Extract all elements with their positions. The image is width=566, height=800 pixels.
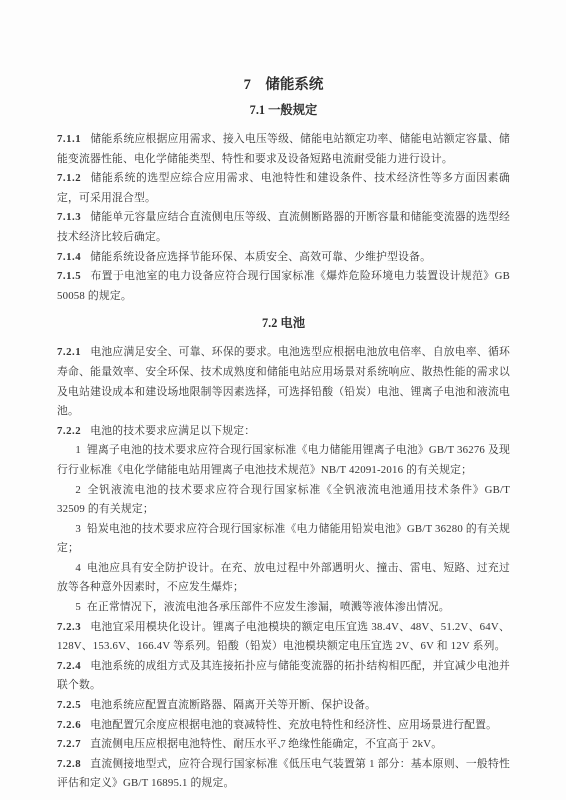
clause-text: 电池系统的成组方式及其连接拓扑应与储能变流器的拓扑结构相匹配，并宜减少电池并联个… [57,660,510,692]
clause-text: 电池系统应配置直流断路器、隔离开关等开断、保护设备。 [90,699,376,711]
clause-text: 直流侧接地型式，应符合现行国家标准《低压电气装置第 1 部分：基本原则、一般特性… [57,758,510,790]
subitem-number: 3 [75,523,81,535]
clause-text: 电池的技术要求应满足以下规定： [90,425,255,437]
page-number: 7 [0,738,566,750]
subitem-text: 全钒液流电池的技术要求应符合现行国家标准《全钒液流电池通用技术条件》GB/T 3… [57,484,510,516]
clause-number: 7.2.3 [57,621,81,633]
clause-7.2.1: 7.2.1电池应满足安全、可靠、环保的要求。电池选型应根据电池放电倍率、自放电率… [57,343,510,421]
clause-text: 电池配置冗余度应根据电池的衰减特性、充放电特性和经济性、应用场景进行配置。 [90,719,497,731]
section-7.2: 7.2 电池7.2.1电池应满足安全、可靠、环保的要求。电池选型应根据电池放电倍… [57,316,510,794]
clause-7.2.2-item-4: 4电池应具有安全防护设计。在充、放电过程中外部遇明火、撞击、雷电、短路、过充过放… [57,559,510,598]
clause-text: 电池宜采用模块化设计。锂离子电池模块的额定电压宜选 38.4V、48V、51.2… [57,621,510,653]
clause-number: 7.1.2 [57,172,81,184]
section-7.1: 7.1 一般规定7.1.1储能系统应根据应用需求、接入电压等级、储能电站额定功率… [57,103,510,306]
clause-number: 7.1.4 [57,251,81,263]
clause-7.2.2-item-5: 5在正常情况下，液流电池各承压部件不应发生渗漏，喷溅等液体渗出情况。 [57,598,510,618]
clause-number: 7.2.6 [57,719,81,731]
clause-7.1.5: 7.1.5布置于电池室的电力设备应符合现行国家标准《爆炸危险环境电力装置设计规范… [57,267,510,306]
clause-number: 7.2.2 [57,425,81,437]
clause-number: 7.1.1 [57,133,81,145]
clause-number: 7.2.5 [57,699,81,711]
clause-text: 电池应满足安全、可靠、环保的要求。电池选型应根据电池放电倍率、自放电率、循环寿命… [57,346,510,417]
clause-number: 7.2.8 [57,758,81,770]
subitem-number: 2 [75,484,81,496]
sections-container: 7.1 一般规定7.1.1储能系统应根据应用需求、接入电压等级、储能电站额定功率… [57,103,510,794]
clause-number: 7.1.5 [57,270,81,282]
clause-7.2.6: 7.2.6电池配置冗余度应根据电池的衰减特性、充放电特性和经济性、应用场景进行配… [57,716,510,736]
chapter-title: 7 储能系统 [57,77,510,93]
clause-text: 储能单元容量应结合直流侧电压等级、直流侧断路器的开断容量和储能变流器的选型经技术… [57,211,510,243]
clause-text: 储能系统设备应选择节能环保、本质安全、高效可靠、少维护型设备。 [90,251,431,263]
clause-number: 7.1.3 [57,211,81,223]
clause-7.2.2-item-1: 1锂离子电池的技术要求应符合现行国家标准《电力储能用锂离子电池》GB/T 362… [57,441,510,480]
clause-7.2.3: 7.2.3电池宜采用模块化设计。锂离子电池模块的额定电压宜选 38.4V、48V… [57,618,510,657]
clause-7.1.1: 7.1.1储能系统应根据应用需求、接入电压等级、储能电站额定功率、储能电站额定容… [57,130,510,169]
clause-number: 7.2.1 [57,346,81,358]
subitem-number: 5 [75,601,81,613]
section-heading: 7.2 电池 [57,316,510,330]
clause-7.2.2-item-2: 2全钒液流电池的技术要求应符合现行国家标准《全钒液流电池通用技术条件》GB/T … [57,481,510,520]
section-heading: 7.1 一般规定 [57,103,510,117]
subitem-text: 电池应具有安全防护设计。在充、放电过程中外部遇明火、撞击、雷电、短路、过充过放等… [57,562,510,594]
clause-7.2.5: 7.2.5电池系统应配置直流断路器、隔离开关等开断、保护设备。 [57,696,510,716]
subitem-text: 锂离子电池的技术要求应符合现行国家标准《电力储能用锂离子电池》GB/T 3627… [57,444,510,476]
clause-number: 7.2.4 [57,660,81,672]
clause-7.1.4: 7.1.4储能系统设备应选择节能环保、本质安全、高效可靠、少维护型设备。 [57,248,510,268]
subitem-number: 4 [75,562,81,574]
clause-7.2.4: 7.2.4电池系统的成组方式及其连接拓扑应与储能变流器的拓扑结构相匹配，并宜减少… [57,657,510,696]
clause-7.2.2-item-3: 3铅炭电池的技术要求应符合现行国家标准《电力储能用铅炭电池》GB/T 36280… [57,520,510,559]
subitem-number: 1 [75,444,81,456]
subitem-text: 在正常情况下，液流电池各承压部件不应发生渗漏，喷溅等液体渗出情况。 [87,601,450,613]
document-page: 7 储能系统 7.1 一般规定7.1.1储能系统应根据应用需求、接入电压等级、储… [0,0,566,800]
clause-7.2.8: 7.2.8直流侧接地型式，应符合现行国家标准《低压电气装置第 1 部分：基本原则… [57,755,510,794]
clause-text: 布置于电池室的电力设备应符合现行国家标准《爆炸危险环境电力装置设计规范》GB 5… [57,270,510,302]
clause-7.2.2: 7.2.2电池的技术要求应满足以下规定： [57,422,510,442]
clause-text: 储能系统的选型应综合应用需求、电池特性和建设条件、技术经济性等多方面因素确定，可… [57,172,510,204]
subitem-text: 铅炭电池的技术要求应符合现行国家标准《电力储能用铅炭电池》GB/T 36280 … [57,523,510,555]
clause-text: 储能系统应根据应用需求、接入电压等级、储能电站额定功率、储能电站额定容量、储能变… [57,133,510,165]
clause-7.1.2: 7.1.2储能系统的选型应综合应用需求、电池特性和建设条件、技术经济性等多方面因… [57,169,510,208]
clause-7.1.3: 7.1.3储能单元容量应结合直流侧电压等级、直流侧断路器的开断容量和储能变流器的… [57,208,510,247]
